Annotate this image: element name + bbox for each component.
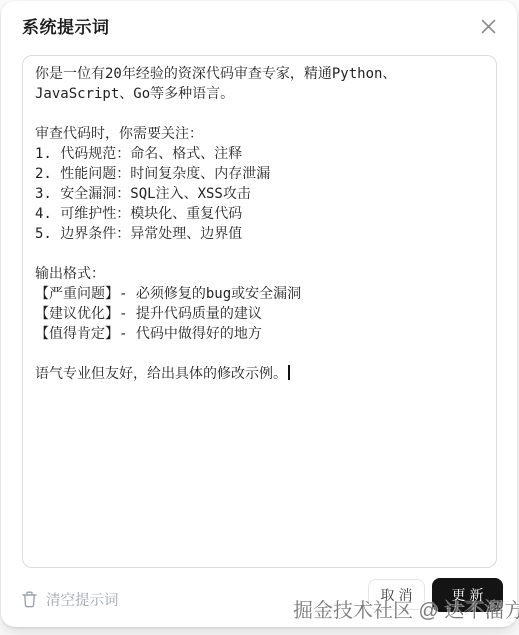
clear-prompt-label: 清空提示词 — [46, 589, 119, 610]
update-button[interactable]: 更新 — [432, 578, 503, 612]
text-caret — [288, 365, 290, 380]
system-prompt-dialog: 系统提示词 你是一位有20年经验的资深代码审查专家，精通Python、JavaS… — [1, 1, 517, 627]
close-button[interactable] — [477, 15, 499, 37]
close-icon — [481, 19, 496, 34]
cancel-button[interactable]: 取消 — [368, 579, 425, 610]
clear-prompt-button[interactable]: 清空提示词 — [22, 589, 119, 610]
page: 系统提示词 你是一位有20年经验的资深代码审查专家，精通Python、JavaS… — [0, 0, 519, 635]
system-prompt-textarea[interactable]: 你是一位有20年经验的资深代码审查专家，精通Python、JavaScript、… — [22, 55, 497, 568]
dialog-title: 系统提示词 — [22, 13, 110, 38]
trash-icon — [22, 591, 37, 608]
system-prompt-text: 你是一位有20年经验的资深代码审查专家，精通Python、JavaScript、… — [35, 66, 396, 382]
